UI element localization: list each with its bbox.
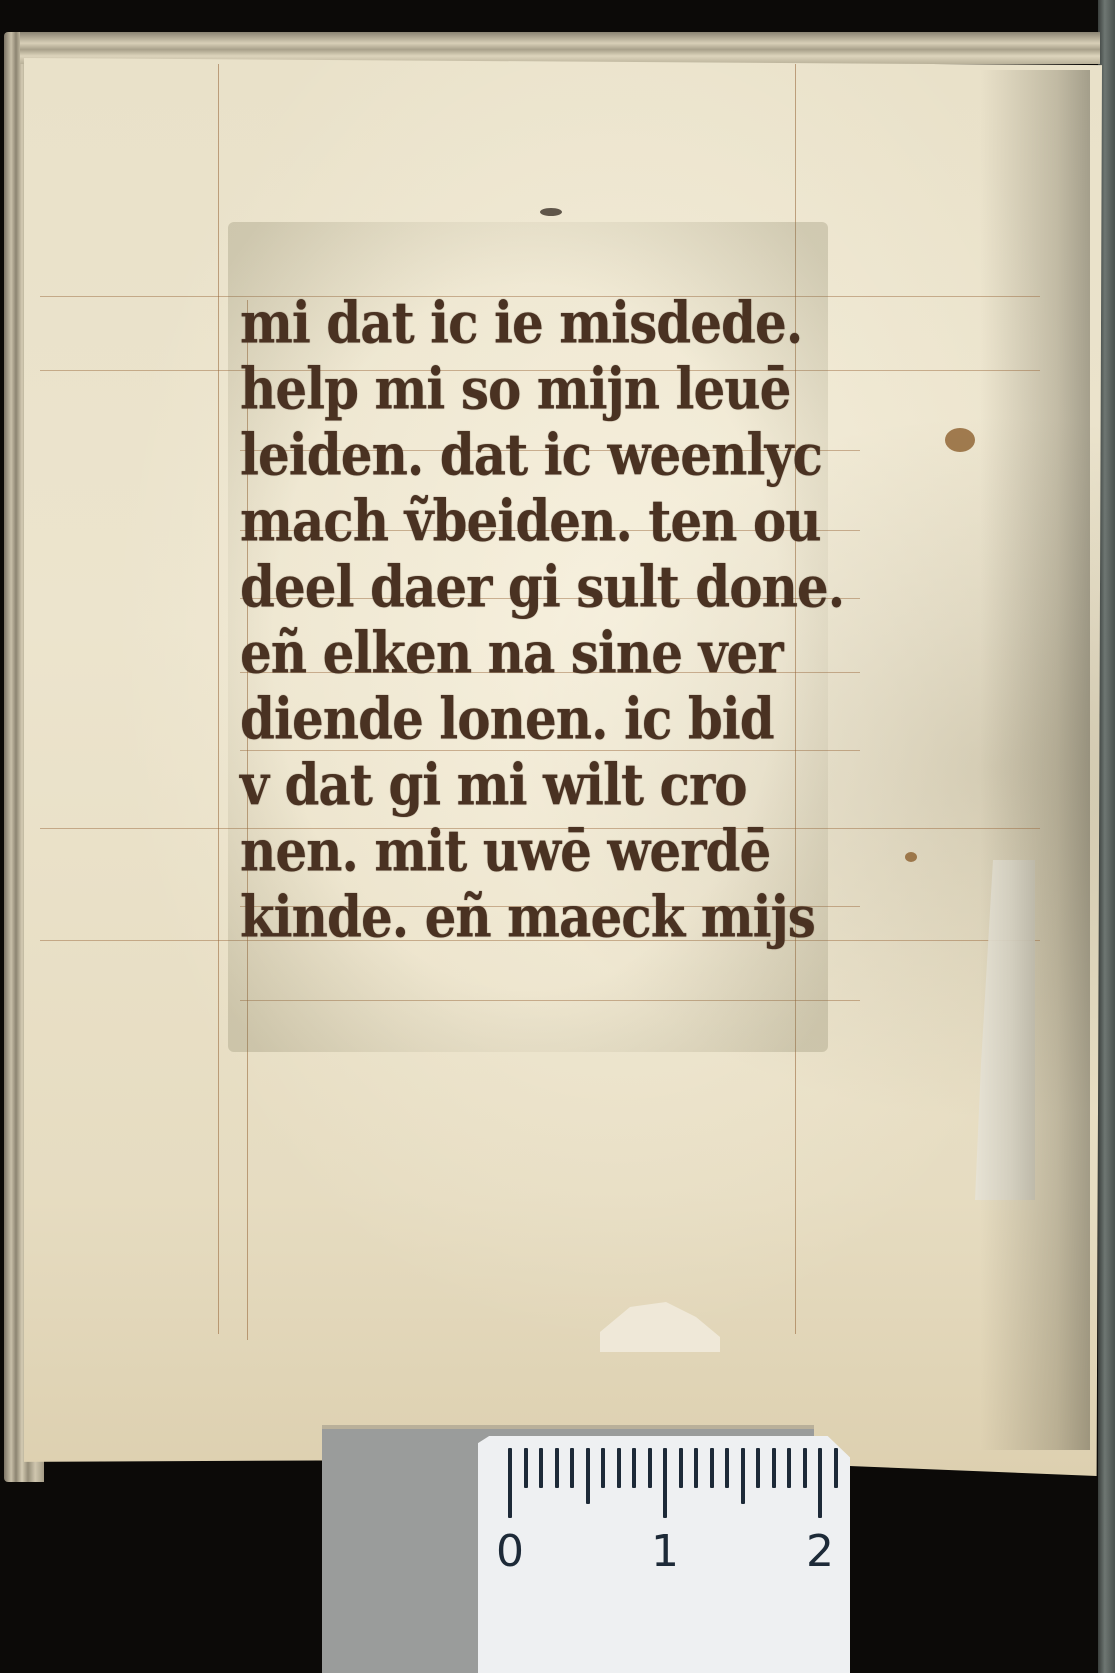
foxing-stain — [945, 428, 975, 452]
manuscript-line: kinde. eñ maeck mijs — [240, 879, 860, 955]
ruler-label-1: 1 — [651, 1526, 679, 1577]
ruler-tick — [632, 1448, 636, 1488]
foxing-stain — [540, 208, 562, 216]
ruler-tick-major — [663, 1448, 667, 1518]
ruler-tick-half — [741, 1448, 745, 1504]
ruler-tick — [834, 1448, 838, 1488]
ruler-tick — [772, 1448, 776, 1488]
manuscript-line: v dat gi mi wilt cro — [240, 747, 860, 823]
manuscript-line: nen. mit uwē werdē — [240, 813, 860, 889]
manuscript-line: mi dat ic ie misdede. — [240, 285, 860, 361]
manuscript-line: help mi so mijn leuē — [240, 351, 860, 427]
manuscript-line: mach ṽbeiden. ten ou — [240, 483, 860, 559]
manuscript-line: deel daer gi sult done. — [240, 549, 860, 625]
ruler-tick — [570, 1448, 574, 1488]
ruler-tick — [787, 1448, 791, 1488]
ruler-label-2: 2 — [806, 1526, 834, 1577]
manuscript-line: diende lonen. ic bid — [240, 681, 860, 757]
ruler-tick — [539, 1448, 543, 1488]
ruler-tick — [725, 1448, 729, 1488]
foxing-stain — [905, 852, 917, 862]
scale-ruler: 0 1 2 — [478, 1436, 850, 1673]
ruler-tick — [679, 1448, 683, 1488]
ruler-tick — [756, 1448, 760, 1488]
manuscript-line: leiden. dat ic weenlyc — [240, 417, 860, 493]
manuscript-line: eñ elken na sine ver — [240, 615, 860, 691]
ruler-label-0: 0 — [496, 1526, 524, 1577]
ruler-tick — [601, 1448, 605, 1488]
ruler-tick-major — [508, 1448, 512, 1518]
ruler-tick — [710, 1448, 714, 1488]
ruler-tick — [803, 1448, 807, 1488]
ruler-tick-major — [818, 1448, 822, 1518]
ruler-tick — [617, 1448, 621, 1488]
ruler-tick — [648, 1448, 652, 1488]
ruler-tick-half — [586, 1448, 590, 1504]
ruler-tick — [524, 1448, 528, 1488]
manuscript-text-block: mi dat ic ie misdede. help mi so mijn le… — [240, 290, 860, 950]
ruler-tick — [555, 1448, 559, 1488]
ruling-line-left-outer — [218, 64, 219, 1334]
ruler-tick — [694, 1448, 698, 1488]
gutter-shadow — [980, 70, 1090, 1450]
